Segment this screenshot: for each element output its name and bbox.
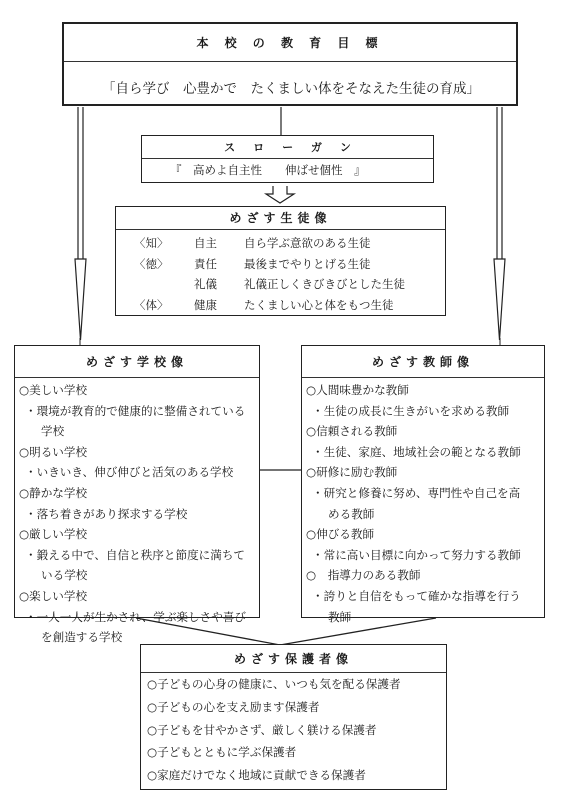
educational-goal-title: 本 校 の 教 育 目 標 xyxy=(64,24,516,62)
school-item-head: ○明るい学校 xyxy=(19,442,259,463)
teacher-item-desc-cont: 教師 xyxy=(306,607,544,628)
student-row: 〈体〉 健康 たくましい心と体をもつ生徒 xyxy=(116,295,445,316)
educational-goal-box: 本 校 の 教 育 目 標 「自ら学び 心豊かで たくましい体をそなえた生徒の育… xyxy=(62,22,518,106)
student-row: 〈徳〉 責任 最後までやりとげる生徒 xyxy=(116,254,445,275)
ideal-school-title: めざす学校像 xyxy=(15,346,259,378)
teacher-item-head: ○ 指導力のある教師 xyxy=(306,565,544,586)
student-desc: 最後までやりとげる生徒 xyxy=(244,254,371,275)
teacher-item-head: ○人間味豊かな教師 xyxy=(306,380,544,401)
student-domain: 〈知〉 xyxy=(134,233,169,254)
right-down-arrow-icon xyxy=(494,107,505,340)
student-row: 〈知〉 自主 自ら学ぶ意欲のある生徒 xyxy=(116,233,445,254)
slogan-title: スローガン xyxy=(142,136,433,159)
school-item-desc: ・環境が教育的で健康的に整備されている xyxy=(19,401,259,422)
educational-goal-text: 「自ら学び 心豊かで たくましい体をそなえた生徒の育成」 xyxy=(64,62,516,106)
student-virtue: 健康 xyxy=(194,295,217,316)
ideal-teacher-box: めざす教師像 ○人間味豊かな教師 ・生徒の成長に生きがいを求める教師 ○信頼され… xyxy=(301,345,545,618)
student-virtue: 礼儀 xyxy=(194,274,217,295)
school-item-desc: ・一人一人が生かされ、学ぶ楽しさや喜び xyxy=(19,607,259,628)
teacher-item-desc: ・研究と修養に努め、専門性や自己を高 xyxy=(306,483,544,504)
school-item-head: ○静かな学校 xyxy=(19,483,259,504)
teacher-item-desc-cont: める教師 xyxy=(306,504,544,525)
parent-item: ○子どもとともに学ぶ保護者 xyxy=(141,741,446,764)
ideal-school-box: めざす学校像 ○美しい学校 ・環境が教育的で健康的に整備されている 学校 ○明る… xyxy=(14,345,260,618)
ideal-parent-box: めざす保護者像 ○子どもの心身の健康に、いつも気を配る保護者 ○子どもの心を支え… xyxy=(140,644,447,790)
teacher-item-head: ○伸びる教師 xyxy=(306,524,544,545)
student-virtue: 自主 xyxy=(194,233,217,254)
left-down-arrow-icon xyxy=(75,107,86,340)
student-virtue: 責任 xyxy=(194,254,217,275)
student-row: 礼儀 礼儀正しくきびきびとした生徒 xyxy=(116,274,445,295)
teacher-item-desc: ・生徒、家庭、地域社会の範となる教師 xyxy=(306,442,544,463)
parent-item: ○家庭だけでなく地域に貢献できる保護者 xyxy=(141,764,446,787)
slogan-text: 『 高めよ自主性 伸ばせ個性 』 xyxy=(142,159,433,181)
teacher-item-head: ○研修に励む教師 xyxy=(306,462,544,483)
student-desc: 礼儀正しくきびきびとした生徒 xyxy=(244,274,405,295)
student-domain: 〈体〉 xyxy=(134,295,169,316)
teacher-item-desc: ・生徒の成長に生きがいを求める教師 xyxy=(306,401,544,422)
student-desc: たくましい心と体をもつ生徒 xyxy=(244,295,394,316)
ideal-student-title: めざす生徒像 xyxy=(116,207,445,230)
school-item-desc-cont: 学校 xyxy=(19,421,259,442)
teacher-item-desc: ・誇りと自信をもって確かな指導を行う xyxy=(306,586,544,607)
parent-item: ○子どもの心身の健康に、いつも気を配る保護者 xyxy=(141,673,446,696)
parent-item: ○子どもの心を支え励ます保護者 xyxy=(141,696,446,719)
ideal-student-box: めざす生徒像 〈知〉 自主 自ら学ぶ意欲のある生徒 〈徳〉 責任 最後までやりと… xyxy=(115,206,446,316)
school-item-desc-cont: いる学校 xyxy=(19,565,259,586)
school-item-desc: ・いきいき、伸び伸びと活気のある学校 xyxy=(19,462,259,483)
school-item-head: ○楽しい学校 xyxy=(19,586,259,607)
school-item-head: ○美しい学校 xyxy=(19,380,259,401)
ideal-teacher-title: めざす教師像 xyxy=(302,346,544,378)
school-item-desc: ・鍛える中で、自信と秩序と節度に満ちて xyxy=(19,545,259,566)
school-item-desc: ・落ち着きがあり探求する学校 xyxy=(19,504,259,525)
student-desc: 自ら学ぶ意欲のある生徒 xyxy=(244,233,371,254)
parent-item: ○子どもを甘やかさず、厳しく躾ける保護者 xyxy=(141,719,446,742)
slogan-box: スローガン 『 高めよ自主性 伸ばせ個性 』 xyxy=(141,135,434,183)
teacher-item-desc: ・常に高い目標に向かって努力する教師 xyxy=(306,545,544,566)
school-item-head: ○厳しい学校 xyxy=(19,524,259,545)
teacher-item-head: ○信頼される教師 xyxy=(306,421,544,442)
ideal-parent-title: めざす保護者像 xyxy=(141,645,446,673)
block-arrow-icon xyxy=(266,186,294,203)
student-domain: 〈徳〉 xyxy=(134,254,169,275)
